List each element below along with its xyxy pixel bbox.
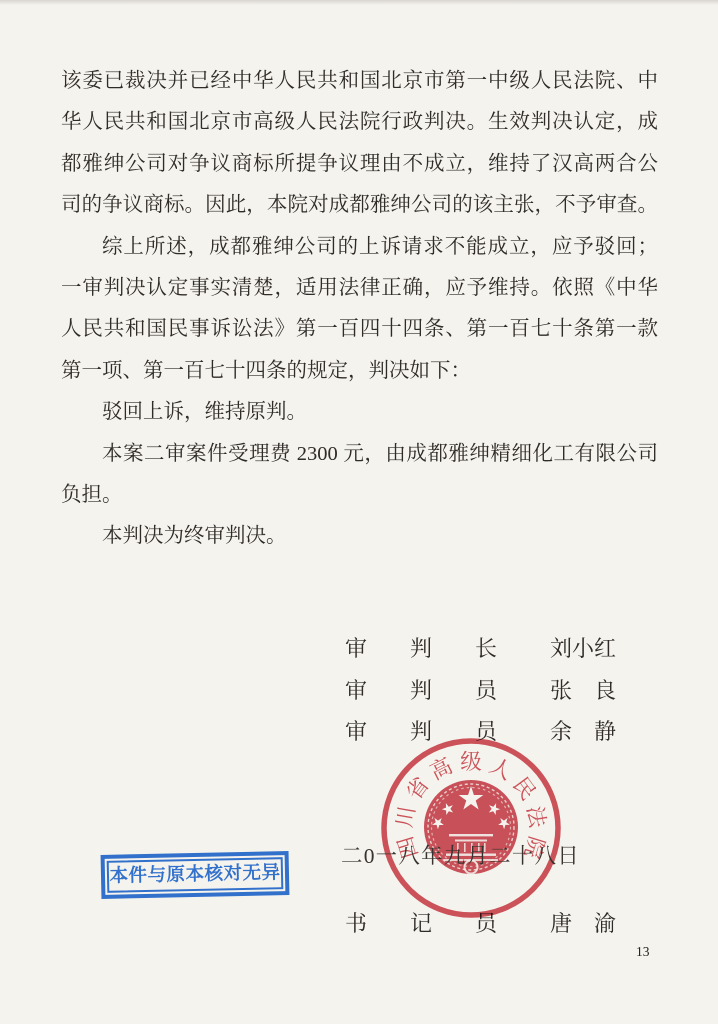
- seal-character: 法: [522, 804, 549, 830]
- body-text-line: 负担。: [61, 475, 658, 516]
- body-text-line: 本判决为终审判决。: [61, 516, 658, 557]
- judgment-date: 二0一八年九月二十八日: [341, 839, 580, 870]
- verification-stamp-text: 本件与原本核对无异: [109, 864, 280, 886]
- body-text-line: 司的争议商标。因此，本院对成都雅绅公司的该主张，不予审查。: [61, 185, 658, 226]
- court-seal: 四川省高级人民法院: [376, 733, 568, 925]
- seal-character: 级: [460, 750, 482, 774]
- signature-name: 刘小红: [550, 636, 616, 662]
- body-text-line: 该委已裁决并已经中华人民共和国北京市第一中级人民法院、中: [61, 61, 658, 102]
- body-text-line: 一审判决认定事实清楚，适用法律正确，应予维持。依照《中华: [61, 268, 658, 309]
- body-text-line: 第一项、第一百七十四条的规定，判决如下：: [61, 351, 658, 392]
- page-number: 13: [636, 944, 650, 960]
- seal-character: 川: [392, 804, 419, 829]
- signature-role: 审判员: [345, 678, 497, 704]
- signature-row: 审判长刘小红: [345, 636, 616, 662]
- body-text-line: 驳回上诉，维持原判。: [61, 392, 658, 433]
- seal-character: 人: [486, 754, 516, 785]
- body-text-line: 华人民共和国北京市高级人民法院行政判决。生效判决认定，成: [61, 102, 658, 143]
- judgment-body-text: 该委已裁决并已经中华人民共和国北京市第一中级人民法院、中华人民共和国北京市高级人…: [61, 61, 658, 558]
- seal-character: 高: [426, 754, 456, 785]
- verification-stamp: 本件与原本核对无异: [101, 851, 290, 899]
- signature-row: 审判员张良: [345, 678, 616, 704]
- body-text-line: 都雅绅公司对争议商标所提争议理由不成立，维持了汉高两合公: [61, 144, 658, 185]
- seal-character: 民: [508, 773, 540, 805]
- signature-role: 审判长: [345, 636, 497, 662]
- body-text-line: 综上所述，成都雅绅公司的上诉请求不能成立，应予驳回；: [61, 227, 658, 268]
- verification-stamp-inner-border: 本件与原本核对无异: [107, 857, 284, 893]
- signature-name: 张良: [550, 678, 616, 704]
- seal-character: 省: [402, 773, 434, 805]
- body-text-line: 人民共和国民事诉讼法》第一百四十四条、第一百七十条第一款: [61, 309, 658, 350]
- body-text-line: 本案二审案件受理费 2300 元，由成都雅绅精细化工有限公司: [61, 434, 658, 475]
